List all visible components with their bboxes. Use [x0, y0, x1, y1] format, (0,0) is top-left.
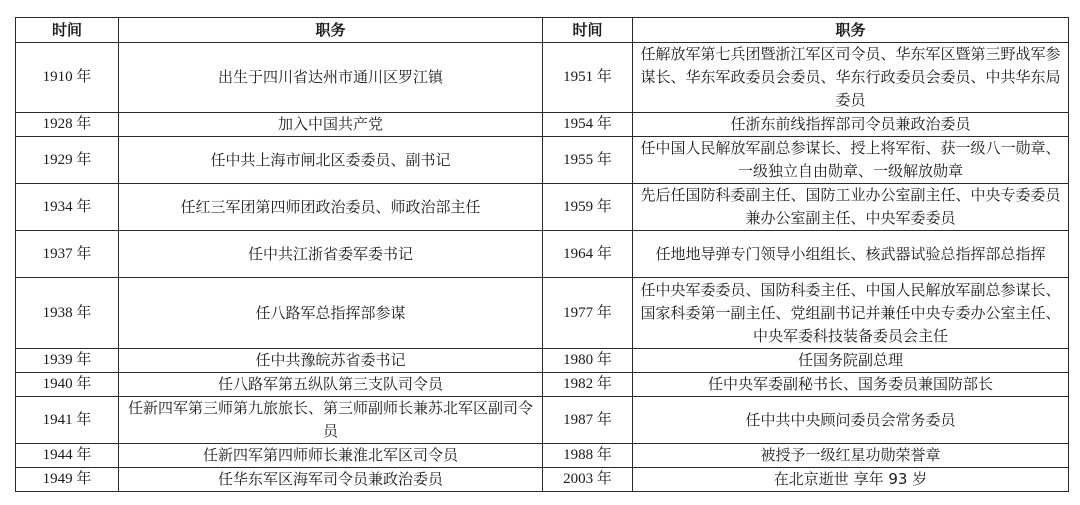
year-cell-right: 1964 年: [543, 231, 633, 278]
biography-table: 时间 职务 时间 职务 1910 年 出生于四川省达州市通川区罗江镇 1951 …: [15, 17, 1069, 492]
duty-cell-right: 任浙东前线指挥部司令员兼政治委员: [633, 113, 1069, 137]
table-row: 1910 年 出生于四川省达州市通川区罗江镇 1951 年 任解放军第七兵团暨浙…: [16, 43, 1069, 113]
table-row: 1929 年 任中共上海市闸北区委委员、副书记 1955 年 任中国人民解放军副…: [16, 137, 1069, 184]
year-cell-left: 1944 年: [16, 444, 119, 468]
duty-cell-right: 任国务院副总理: [633, 349, 1069, 373]
year-cell-right: 1955 年: [543, 137, 633, 184]
header-time-right: 时间: [543, 18, 633, 43]
year-cell-left: 1929 年: [16, 137, 119, 184]
year-cell-left: 1934 年: [16, 184, 119, 231]
duty-cell-left: 任中共江浙省委军委书记: [119, 231, 543, 278]
duty-cell-left: 任八路军第五纵队第三支队司令员: [119, 373, 543, 397]
year-cell-left: 1928 年: [16, 113, 119, 137]
duty-cell-left: 任新四军第三师第九旅旅长、第三师副师长兼苏北军区副司令员: [119, 397, 543, 444]
duty-cell-left: 任红三军团第四师团政治委员、师政治部主任: [119, 184, 543, 231]
duty-cell-left: 任中共上海市闸北区委委员、副书记: [119, 137, 543, 184]
duty-cell-left: 任新四军第四师师长兼淮北军区司令员: [119, 444, 543, 468]
duty-cell-right: 在北京逝世 享年 93 岁: [633, 468, 1069, 492]
header-duty-right: 职务: [633, 18, 1069, 43]
year-cell-left: 1938 年: [16, 278, 119, 349]
duty-cell-right: 任中央军委委员、国防科委主任、中国人民解放军副总参谋长、国家科委第一副主任、党组…: [633, 278, 1069, 349]
year-cell-left: 1940 年: [16, 373, 119, 397]
year-cell-right: 1988 年: [543, 444, 633, 468]
year-cell-left: 1910 年: [16, 43, 119, 113]
table-row: 1934 年 任红三军团第四师团政治委员、师政治部主任 1959 年 先后任国防…: [16, 184, 1069, 231]
year-cell-left: 1949 年: [16, 468, 119, 492]
table-body: 1910 年 出生于四川省达州市通川区罗江镇 1951 年 任解放军第七兵团暨浙…: [16, 43, 1069, 492]
duty-cell-right: 先后任国防科委副主任、国防工业办公室副主任、中央专委委员兼办公室副主任、中央军委…: [633, 184, 1069, 231]
duty-cell-left: 任八路军总指挥部参谋: [119, 278, 543, 349]
header-row: 时间 职务 时间 职务: [16, 18, 1069, 43]
table-row: 1937 年 任中共江浙省委军委书记 1964 年 任地地导弹专门领导小组组长、…: [16, 231, 1069, 278]
duty-cell-right: 任中共中央顾问委员会常务委员: [633, 397, 1069, 444]
year-cell-right: 1987 年: [543, 397, 633, 444]
table-row: 1941 年 任新四军第三师第九旅旅长、第三师副师长兼苏北军区副司令员 1987…: [16, 397, 1069, 444]
year-cell-right: 1982 年: [543, 373, 633, 397]
table-row: 1939 年 任中共豫皖苏省委书记 1980 年 任国务院副总理: [16, 349, 1069, 373]
table-row: 1928 年 加入中国共产党 1954 年 任浙东前线指挥部司令员兼政治委员: [16, 113, 1069, 137]
year-cell-right: 1959 年: [543, 184, 633, 231]
year-cell-right: 1954 年: [543, 113, 633, 137]
duty-cell-left: 出生于四川省达州市通川区罗江镇: [119, 43, 543, 113]
year-cell-left: 1939 年: [16, 349, 119, 373]
year-cell-left: 1941 年: [16, 397, 119, 444]
table-row: 1938 年 任八路军总指挥部参谋 1977 年 任中央军委委员、国防科委主任、…: [16, 278, 1069, 349]
year-cell-right: 1977 年: [543, 278, 633, 349]
year-cell-right: 2003 年: [543, 468, 633, 492]
duty-cell-left: 加入中国共产党: [119, 113, 543, 137]
duty-cell-right: 任中国人民解放军副总参谋长、授上将军衔、获一级八一勋章、一级独立自由勋章、一级解…: [633, 137, 1069, 184]
header-time-left: 时间: [16, 18, 119, 43]
duty-cell-right: 被授予一级红星功勋荣誉章: [633, 444, 1069, 468]
year-cell-right: 1951 年: [543, 43, 633, 113]
duty-cell-right: 任中央军委副秘书长、国务委员兼国防部长: [633, 373, 1069, 397]
header-duty-left: 职务: [119, 18, 543, 43]
duty-cell-left: 任华东军区海军司令员兼政治委员: [119, 468, 543, 492]
duty-cell-left: 任中共豫皖苏省委书记: [119, 349, 543, 373]
year-cell-left: 1937 年: [16, 231, 119, 278]
duty-cell-right: 任地地导弹专门领导小组组长、核武器试验总指挥部总指挥: [633, 231, 1069, 278]
table-row: 1940 年 任八路军第五纵队第三支队司令员 1982 年 任中央军委副秘书长、…: [16, 373, 1069, 397]
year-cell-right: 1980 年: [543, 349, 633, 373]
duty-cell-right: 任解放军第七兵团暨浙江军区司令员、华东军区暨第三野战军参谋长、华东军政委员会委员…: [633, 43, 1069, 113]
table-row: 1944 年 任新四军第四师师长兼淮北军区司令员 1988 年 被授予一级红星功…: [16, 444, 1069, 468]
table-row: 1949 年 任华东军区海军司令员兼政治委员 2003 年 在北京逝世 享年 9…: [16, 468, 1069, 492]
